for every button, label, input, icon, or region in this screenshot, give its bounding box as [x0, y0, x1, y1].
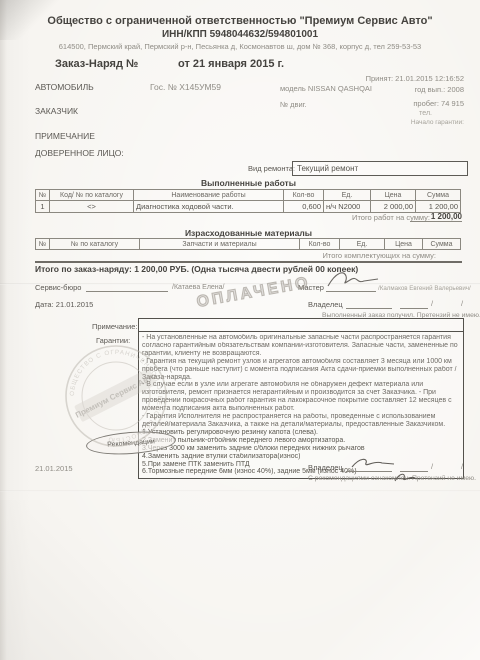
materials-col-code: № по каталогу: [50, 239, 140, 250]
order-date-bottom: Дата: 21.01.2015: [35, 300, 93, 309]
materials-title: Израсходованные материалы: [35, 228, 462, 238]
works-col-qty: Кол-во: [284, 190, 324, 201]
grand-total: Итого по заказ-наряду: 1 200,00 РУБ. (Од…: [35, 264, 358, 274]
note-box-label: Примечание:: [92, 322, 138, 331]
works-row-name: Диагностика ходовой части.: [134, 201, 284, 213]
paid-stamp: ОПЛАЧЕНО: [195, 274, 312, 312]
master-name: /Калмаков Евгений Валерьевич/: [378, 285, 471, 292]
footer-slash-1: /: [431, 462, 433, 471]
master-signature: [322, 268, 382, 290]
warranty-start-label: Начало гарантии:: [411, 119, 464, 126]
works-col-code: Код/ № по каталогу: [50, 190, 134, 201]
warranty-line: изготовителя, ремонт признается негарант…: [142, 389, 460, 397]
warranty-line: проведении покрасочных работ гарантия на…: [142, 397, 460, 405]
footer-owner-label: Владелец: [308, 463, 343, 472]
note-box: [138, 318, 464, 332]
recommendation-item: 2.Заменит пыльник-отбойник переднего лев…: [142, 437, 460, 445]
owner-slash-1: /: [431, 299, 433, 308]
warranty-line: согласно гарантийным обязательствам комп…: [142, 342, 460, 350]
repair-type-value-box: Текущий ремонт: [292, 161, 468, 176]
recommendation-item: 4.Заменить задние втулки стабилизатора(и…: [142, 453, 460, 461]
owner-name-line: [400, 300, 428, 309]
service-bureau-signature-line: [86, 283, 168, 292]
warranty-line: пробега (что раньше наступит) с момента …: [142, 366, 460, 374]
repair-type-label: Вид ремонта:: [248, 164, 295, 173]
warranty-text: - На установленные на автомобиль оригина…: [142, 334, 460, 476]
materials-table: № № по каталогу Запчасти и материалы Кол…: [35, 238, 461, 250]
recommendation-item: 1.Установить регулировочную резинку капо…: [142, 429, 460, 437]
trustee-label: ДОВЕРЕННОЕ ЛИЦО:: [35, 148, 124, 158]
company-seal: ОБЩЕСТВО С ОГРАНИЧЕННОЙ ОТВЕТСТВЕННОСТЬЮ…: [56, 336, 176, 456]
warranty-line: Заказа-наряда.: [142, 374, 460, 382]
materials-col-unit: Ед.: [340, 239, 385, 250]
owner-slash-2: /: [461, 299, 463, 308]
company-inn-kpp: ИНН/КПП 5948044632/594801001: [0, 29, 480, 40]
materials-total-label: Итого комплектующих на сумму:: [240, 251, 436, 260]
footer-owner-signature: [348, 454, 398, 472]
materials-col-num: №: [36, 239, 50, 250]
seal-center-group: Премиум Сервис Авто: [72, 367, 160, 424]
materials-col-price: Цена: [385, 239, 423, 250]
works-total-value: 1 200,00: [410, 212, 462, 222]
works-row-code: <>: [50, 201, 134, 213]
footer-slash-2: /: [461, 462, 463, 471]
works-table: № Код/ № по каталогу Наименование работы…: [35, 189, 461, 213]
warranty-line: деталей/материала Заказчика, а также на …: [142, 421, 460, 429]
warranty-line: гарантии, клиенту не возвращаются.: [142, 350, 460, 358]
works-total-label: Итого работ на сумму:: [240, 213, 430, 222]
footer-ack-initials: [392, 470, 418, 484]
warranty-line: - Гарантия Исполнителя не распространяет…: [142, 413, 460, 421]
warranty-line: - Гарантия на текущий ремонт узлов и агр…: [142, 358, 460, 366]
materials-col-qty: Кол-во: [300, 239, 340, 250]
note-caption: ПРИМЕЧАНИЕ: [35, 131, 95, 141]
repair-type-value: Текущий ремонт: [297, 164, 358, 173]
vehicle-label: АВТОМОБИЛЬ: [35, 82, 94, 92]
engine-number-label: № двиг.: [280, 100, 307, 109]
vehicle-plate: Гос. № Х145УМ59: [150, 82, 221, 92]
warranty-line: - На установленные на автомобиль оригина…: [142, 334, 460, 342]
phone-label: тел.: [419, 110, 432, 117]
accepted-datetime: Принят: 21.01.2015 12:16:52: [366, 74, 464, 83]
owner-signature-line: [346, 300, 392, 309]
paper-crease-2: [0, 490, 480, 492]
warranty-line: - В случае если в узле или агрегате авто…: [142, 381, 460, 389]
company-address: 614500, Пермский край, Пермский р-н, Пес…: [0, 42, 480, 51]
order-title: Заказ-Наряд №: [55, 58, 138, 70]
vehicle-mileage: пробег: 74 915: [413, 99, 464, 108]
footer-date: 21.01.2015: [35, 464, 73, 473]
total-separator: [35, 261, 462, 263]
owner-label: Владелец: [308, 300, 343, 309]
works-row-unit: н/ч N2000: [324, 201, 371, 213]
company-name: Общество с ограниченной ответственностью…: [0, 15, 480, 27]
warranty-line: момента подписания акта выполненных рабо…: [142, 405, 460, 413]
vehicle-model: модель NISSAN QASHQAI: [280, 84, 372, 93]
paper-fold-bottom-left: [0, 500, 220, 660]
order-date: от 21 января 2015 г.: [178, 58, 284, 70]
customer-label: ЗАКАЗЧИК: [35, 106, 78, 116]
works-row-num: 1: [36, 201, 50, 213]
recommendation-item: 3.Через 3000 км заменить задние с/блоки …: [142, 445, 460, 453]
works-col-num: №: [36, 190, 50, 201]
materials-col-sum: Сумма: [423, 239, 461, 250]
works-col-name: Наименование работы: [134, 190, 284, 201]
paper-fold-bottom-right: [280, 540, 480, 660]
materials-col-name: Запчасти и материалы: [140, 239, 300, 250]
works-col-sum: Сумма: [416, 190, 461, 201]
works-col-price: Цена: [371, 190, 416, 201]
works-row-qty: 0,600: [284, 201, 324, 213]
vehicle-year: год вып.: 2008: [415, 85, 464, 94]
works-title: Выполненные работы: [35, 178, 462, 188]
works-col-unit: Ед.: [324, 190, 371, 201]
scanned-document-page: Общество с ограниченной ответственностью…: [0, 0, 480, 660]
service-bureau-label: Сервис-бюро: [35, 283, 81, 292]
